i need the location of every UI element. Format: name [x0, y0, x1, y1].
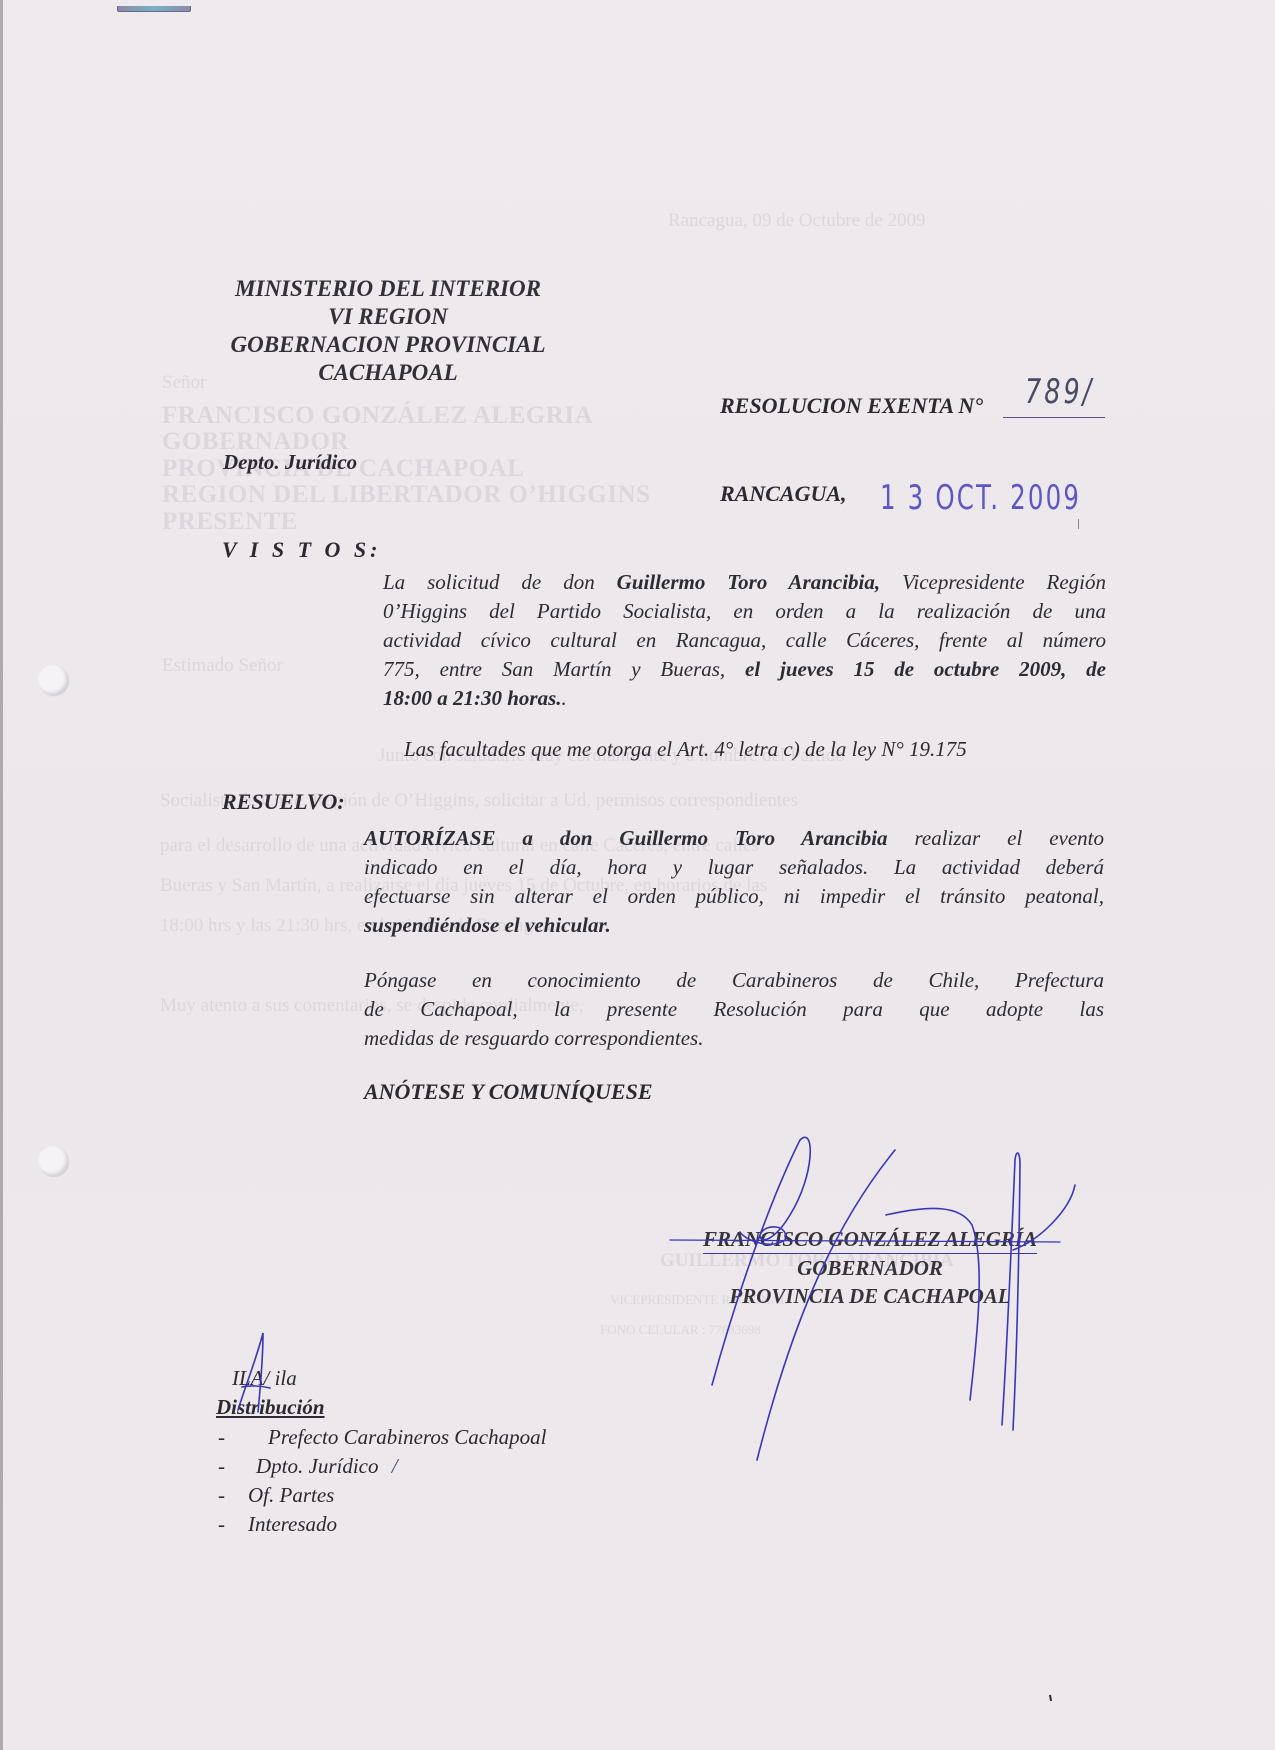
- resuelvo-heading: RESUELVO:: [222, 789, 345, 815]
- ghost-date: Rancagua, 09 de Octubre de 2009: [668, 210, 925, 232]
- text: actividad cívico cultural en Rancagua, c…: [383, 628, 1106, 652]
- ghost-address-1: FRANCISCO GONZÁLEZ ALEGRIA: [162, 402, 593, 430]
- ghost-address-4: REGION DEL LIBERTADOR O’HIGGINS: [162, 481, 651, 509]
- ghost-sign-2: FONO CELULAR : 77683698: [600, 1322, 761, 1338]
- distribution-item: -Dpto. Jurídico /: [218, 1452, 546, 1481]
- vistos-line: La solicitud de don Guillermo Toro Aranc…: [383, 568, 1106, 597]
- place-label: RANCAGUA,: [720, 481, 847, 507]
- department-label: Depto. Jurídico: [223, 450, 357, 475]
- resuelvo-line: suspendiéndose el vehicular.: [364, 911, 1104, 940]
- text: Póngase en conocimiento de Carabineros d…: [364, 968, 1104, 992]
- text: medidas de resguardo correspondientes.: [364, 1026, 703, 1050]
- distribution-item-label: Prefecto Carabineros Cachapoal: [268, 1425, 546, 1449]
- text: realizar el evento: [888, 826, 1104, 850]
- check-mark: /: [386, 1454, 397, 1478]
- bold-text: el jueves 15 de octubre 2009, de: [745, 657, 1106, 681]
- pongase-paragraph: Póngase en conocimiento de Carabineros d…: [364, 966, 1104, 1053]
- distribution-item-label: Interesado: [248, 1512, 337, 1536]
- vistos-line: 18:00 a 21:30 horas..: [383, 684, 1106, 713]
- pongase-line: de Cachapoal, la presente Resolución par…: [364, 995, 1104, 1024]
- list-dash: -: [218, 1481, 230, 1510]
- vistos-line: 0’Higgins del Partido Socialista, en ord…: [383, 597, 1106, 626]
- text: de Cachapoal, la presente Resolución par…: [364, 997, 1104, 1021]
- text: La solicitud de don: [383, 570, 617, 594]
- scanned-page: Rancagua, 09 de Octubre de 2009 Señor FR…: [0, 0, 1275, 1750]
- ghost-address-0: Señor: [162, 372, 206, 394]
- vistos-paragraph: La solicitud de don Guillermo Toro Aranc…: [383, 568, 1106, 713]
- text: 0’Higgins del Partido Socialista, en ord…: [383, 599, 1106, 623]
- ghost-address-5: PRESENTE: [162, 508, 298, 536]
- resuelvo-line: AUTORÍZASE a don Guillermo Toro Arancibi…: [364, 824, 1104, 853]
- punch-hole-bottom: [38, 1146, 68, 1176]
- distribution-heading: Distribución: [216, 1395, 325, 1420]
- text: .: [562, 686, 567, 710]
- header-ministry: MINISTERIO DEL INTERIOR: [208, 275, 568, 303]
- signatory-title: GOBERNADOR: [640, 1254, 1100, 1282]
- list-dash: -: [218, 1423, 230, 1452]
- text: indicado en el día, hora y lugar señalad…: [364, 855, 1104, 879]
- bold-text: 18:00 a 21:30 horas.: [383, 686, 562, 710]
- bold-text: AUTORÍZASE a don Guillermo Toro Arancibi…: [364, 826, 888, 850]
- resolution-label: RESOLUCION EXENTA N°: [720, 393, 983, 419]
- vistos-line: 775, entre San Martín y Bueras, el jueve…: [383, 655, 1106, 684]
- signature-block: FRANCISCO GONZÁLEZ ALEGRÍA GOBERNADOR PR…: [640, 1225, 1100, 1310]
- distribution-item-label: Of. Partes: [248, 1483, 334, 1507]
- distribution-item: -Interesado: [218, 1510, 546, 1539]
- bold-text: Guillermo Toro Arancibia,: [617, 570, 880, 594]
- header-province: CACHAPOAL: [208, 359, 568, 387]
- scan-edge: [0, 0, 3, 1750]
- ghost-salutation: Estimado Señor: [162, 655, 283, 677]
- staple-mark: [117, 6, 191, 12]
- list-dash: -: [218, 1510, 230, 1539]
- facultades-paragraph: Las facultades que me otorga el Art. 4° …: [404, 737, 967, 762]
- distribution-list: -Prefecto Carabineros Cachapoal-Dpto. Ju…: [218, 1423, 546, 1539]
- resolution-number-handwritten: 789/: [1025, 372, 1094, 412]
- resuelvo-line: efectuarse sin alterar el orden público,…: [364, 882, 1104, 911]
- resolution-number-field: 789/: [1003, 372, 1105, 418]
- distribution-item: -Of. Partes: [218, 1481, 546, 1510]
- header-governorate: GOBERNACION PROVINCIAL: [208, 331, 568, 359]
- resuelvo-paragraph: AUTORÍZASE a don Guillermo Toro Arancibi…: [364, 824, 1104, 940]
- distribution-item-label: Dpto. Jurídico: [256, 1454, 378, 1478]
- header-region: VI REGION: [208, 303, 568, 331]
- list-dash: -: [218, 1452, 230, 1481]
- signatory-office: PROVINCIA DE CACHAPOAL: [640, 1282, 1100, 1310]
- signatory-name: FRANCISCO GONZÁLEZ ALEGRÍA: [703, 1225, 1037, 1254]
- vistos-heading: V I S T O S:: [222, 537, 381, 563]
- date-stamp: 1 3 OCT. 2009: [880, 478, 1081, 518]
- pongase-line: Póngase en conocimiento de Carabineros d…: [364, 966, 1104, 995]
- text: 775, entre San Martín y Bueras,: [383, 657, 745, 681]
- text: efectuarse sin alterar el orden público,…: [364, 884, 1104, 908]
- bold-text: suspendiéndose el vehicular.: [364, 913, 611, 937]
- stray-mark: [1078, 519, 1079, 529]
- initials: ILA/ ila: [232, 1366, 297, 1391]
- vistos-line: actividad cívico cultural en Rancagua, c…: [383, 626, 1106, 655]
- pongase-line: medidas de resguardo correspondientes.: [364, 1024, 1104, 1053]
- closing-formula: ANÓTESE Y COMUNÍQUESE: [364, 1079, 653, 1105]
- distribution-item: -Prefecto Carabineros Cachapoal: [218, 1423, 546, 1452]
- text: Vicepresidente Región: [880, 570, 1106, 594]
- resuelvo-line: indicado en el día, hora y lugar señalad…: [364, 853, 1104, 882]
- punch-hole-top: [38, 665, 68, 695]
